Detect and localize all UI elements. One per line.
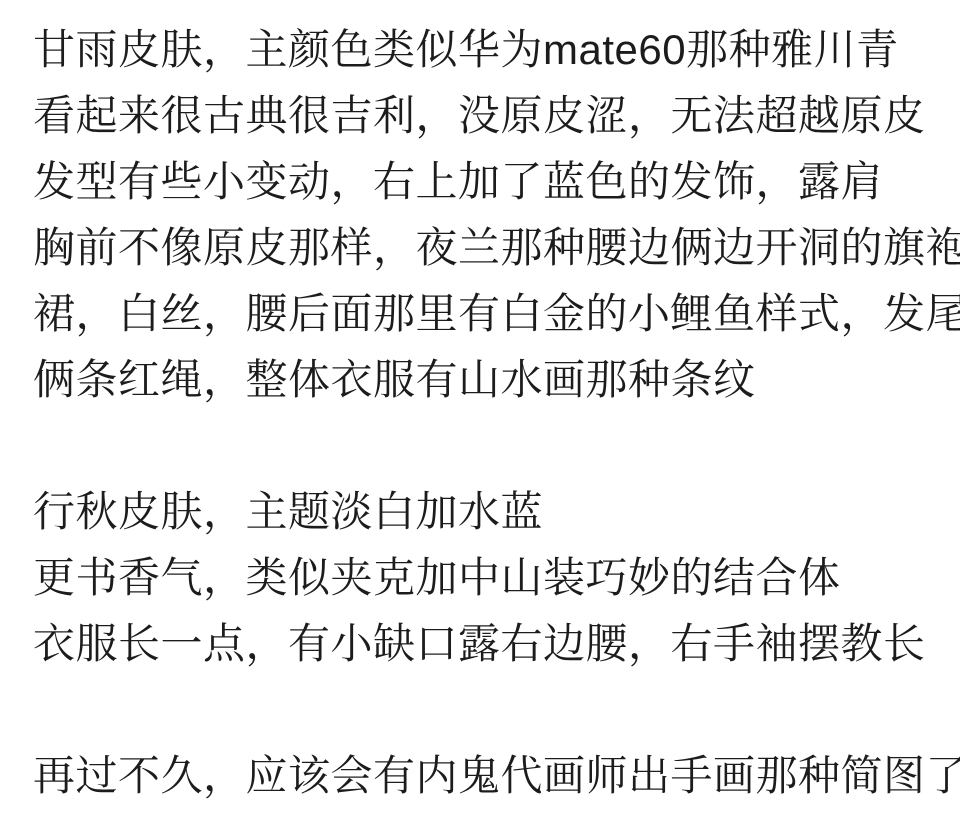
text-line: 更书香气，类似夹克加中山装巧妙的结合体 [33, 545, 932, 611]
text-line: 胸前不像原皮那样，夜兰那种腰边俩边开洞的旗袍短 [33, 215, 932, 281]
text-line: 甘雨皮肤，主颜色类似华为mate60那种雅川青 [33, 17, 932, 83]
text-line: 裙，白丝，腰后面那里有白金的小鲤鱼样式，发尾系 [33, 281, 932, 347]
text-line: 再过不久，应该会有内鬼代画师出手画那种简图了 [33, 743, 932, 809]
paragraph-xingqiu-skin: 行秋皮肤，主题淡白加水蓝 更书香气，类似夹克加中山装巧妙的结合体 衣服长一点，有… [33, 479, 932, 677]
text-line: 发型有些小变动，右上加了蓝色的发饰，露肩 [33, 149, 932, 215]
text-note: 甘雨皮肤，主颜色类似华为mate60那种雅川青 看起来很古典很吉利，没原皮涩，无… [0, 0, 960, 826]
paragraph-closing-remark: 再过不久，应该会有内鬼代画师出手画那种简图了 [33, 743, 932, 809]
text-line: 看起来很古典很吉利，没原皮涩，无法超越原皮 [33, 83, 932, 149]
text-line: 俩条红绳，整体衣服有山水画那种条纹 [33, 347, 932, 413]
text-line: 行秋皮肤，主题淡白加水蓝 [33, 479, 932, 545]
text-line: 衣服长一点，有小缺口露右边腰，右手袖摆教长 [33, 611, 932, 677]
paragraph-ganyu-skin: 甘雨皮肤，主颜色类似华为mate60那种雅川青 看起来很古典很吉利，没原皮涩，无… [33, 17, 932, 413]
